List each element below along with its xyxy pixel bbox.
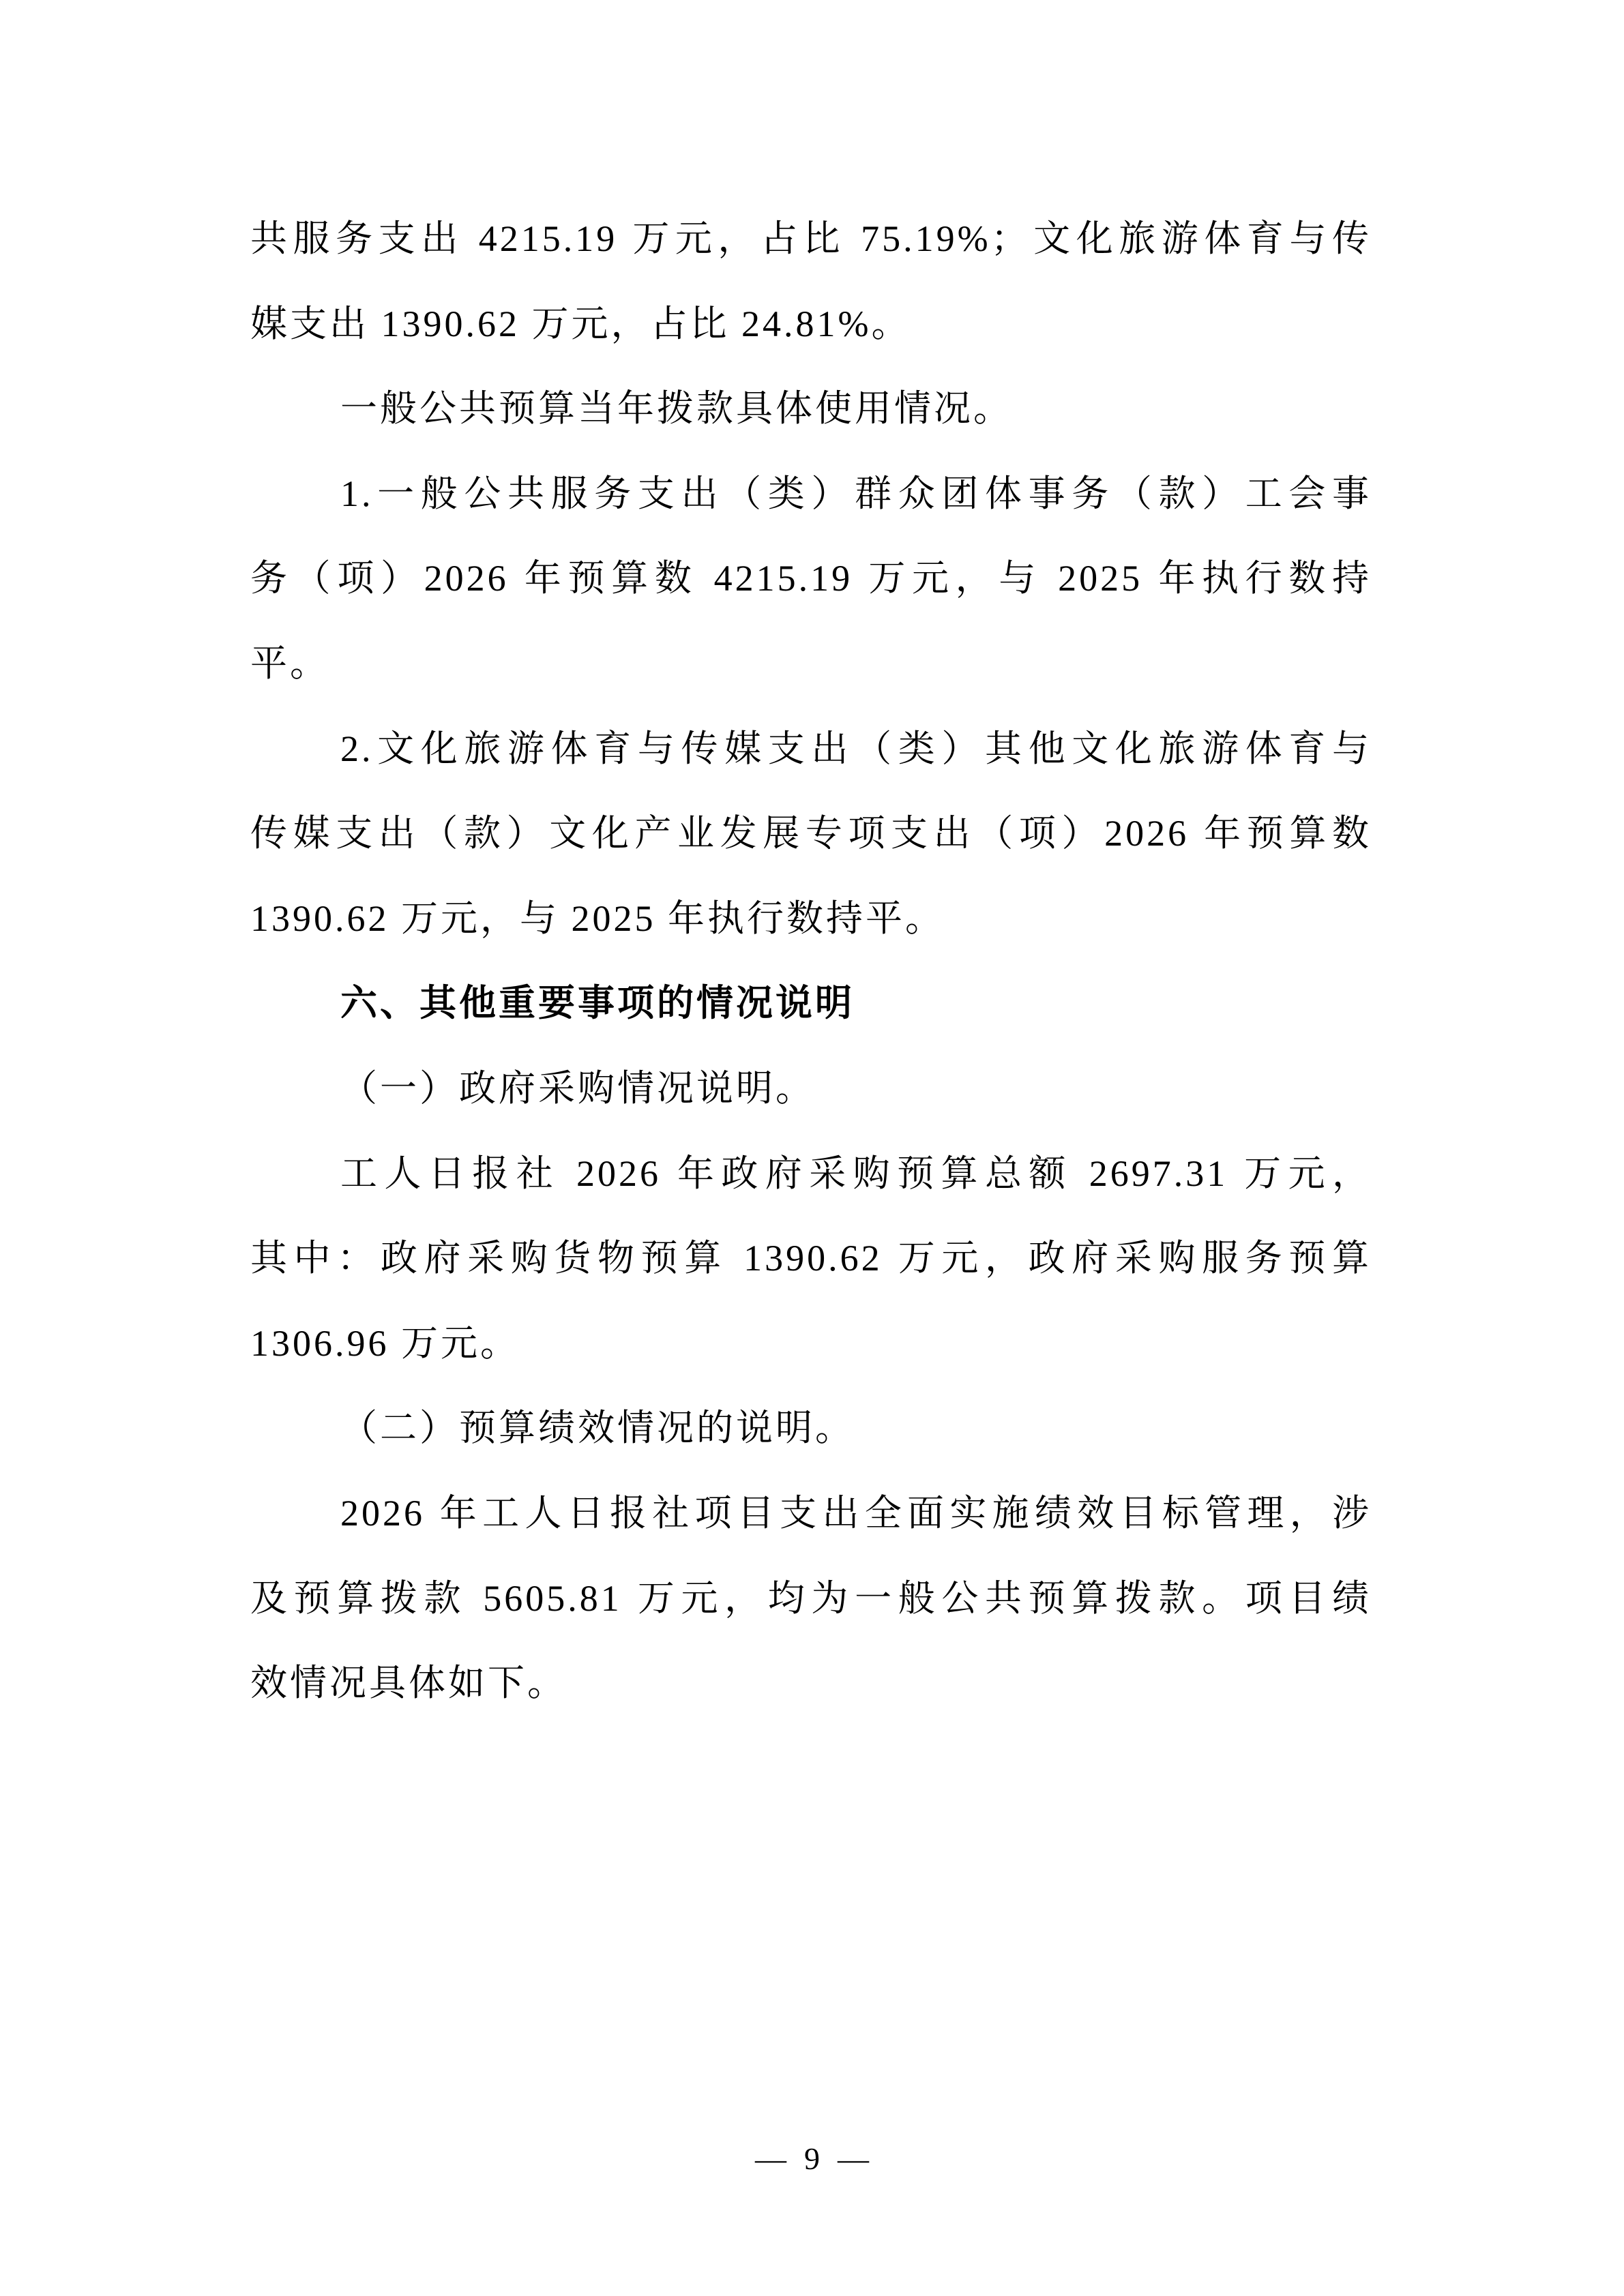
text-line: 1306.96 万元。 [250,1301,1372,1386]
text-line: （二）预算绩效情况的说明。 [250,1386,1372,1471]
footer-left-dash: — [755,2141,786,2176]
text-line: 及预算拨款 5605.81 万元，均为一般公共预算拨款。项目绩 [250,1556,1372,1641]
text-line: 1390.62 万元，与 2025 年执行数持平。 [250,876,1372,961]
text-line: 六、其他重要事项的情况说明 [250,961,1372,1046]
text-line: （一）政府采购情况说明。 [250,1046,1372,1131]
footer-right-dash: — [838,2141,869,2176]
text-line: 媒支出 1390.62 万元，占比 24.81%。 [250,282,1372,367]
text-line: 其中：政府采购货物预算 1390.62 万元，政府采购服务预算 [250,1216,1372,1301]
text-line: 一般公共预算当年拨款具体使用情况。 [250,366,1372,451]
text-line: 平。 [250,621,1372,706]
page-number: 9 [804,2141,820,2176]
document-page: 共服务支出 4215.19 万元，占比 75.19%；文化旅游体育与传媒支出 1… [0,0,1624,2296]
page-footer: —9— [0,2137,1624,2181]
text-line: 共服务支出 4215.19 万元，占比 75.19%；文化旅游体育与传 [250,196,1372,282]
text-block: 共服务支出 4215.19 万元，占比 75.19%；文化旅游体育与传媒支出 1… [250,196,1372,1726]
text-line: 效情况具体如下。 [250,1641,1372,1726]
text-line: 2026 年工人日报社项目支出全面实施绩效目标管理，涉 [250,1471,1372,1556]
text-line: 务（项）2026 年预算数 4215.19 万元，与 2025 年执行数持 [250,536,1372,621]
text-line: 2.文化旅游体育与传媒支出（类）其他文化旅游体育与 [250,706,1372,792]
text-line: 工人日报社 2026 年政府采购预算总额 2697.31 万元， [250,1131,1372,1217]
text-line: 传媒支出（款）文化产业发展专项支出（项）2026 年预算数 [250,791,1372,876]
text-line: 1.一般公共服务支出（类）群众团体事务（款）工会事 [250,451,1372,537]
